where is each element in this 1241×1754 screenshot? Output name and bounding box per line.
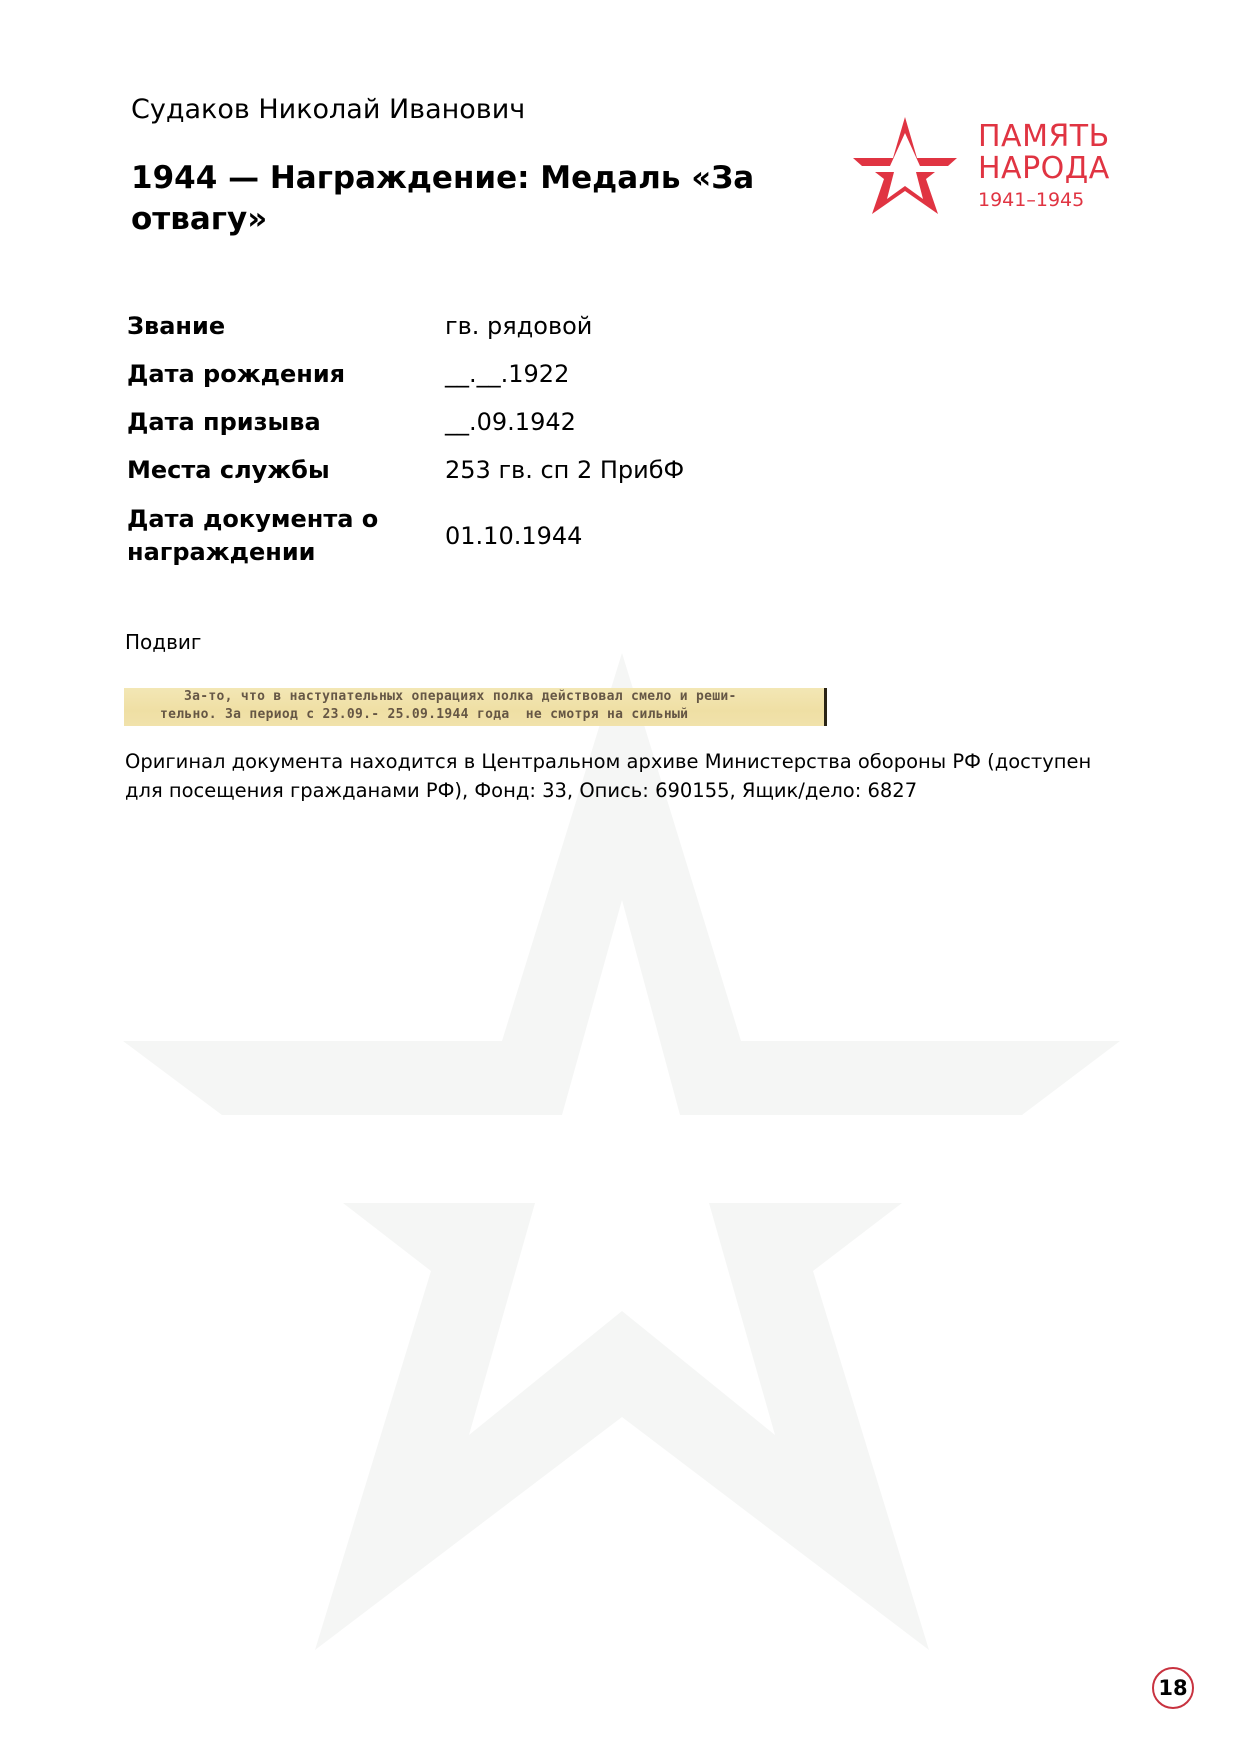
- detail-row-draft-date: Дата призыва __.09.1942: [127, 398, 684, 446]
- detail-row-rank: Звание гв. рядовой: [127, 302, 684, 350]
- award-title: 1944 — Награждение: Медаль «За отвагу»: [131, 158, 771, 240]
- detail-row-service-place: Места службы 253 гв. сп 2 ПрибФ: [127, 446, 684, 494]
- pamyat-naroda-logo[interactable]: ПАМЯТЬ НАРОДА 1941–1945: [853, 113, 1123, 223]
- detail-value: гв. рядовой: [445, 302, 684, 350]
- details-table: Звание гв. рядовой Дата рождения __.__.1…: [127, 302, 684, 578]
- detail-row-award-doc-date: Дата документа о награждении 01.10.1944: [127, 494, 684, 578]
- detail-value: 01.10.1944: [445, 494, 684, 578]
- logo-line1: ПАМЯТЬ: [978, 121, 1110, 153]
- star-watermark-icon: [0, 0, 1241, 1754]
- archive-note: Оригинал документа находится в Центральн…: [125, 747, 1125, 805]
- page-number: 18: [1152, 1667, 1194, 1709]
- detail-label: Дата документа о награждении: [127, 494, 445, 578]
- detail-label: Звание: [127, 302, 445, 350]
- logo-years: 1941–1945: [978, 187, 1110, 213]
- scan-text-line: тельно. За период с 23.09.- 25.09.1944 г…: [160, 707, 688, 722]
- detail-row-birth-date: Дата рождения __.__.1922: [127, 350, 684, 398]
- detail-label: Дата рождения: [127, 350, 445, 398]
- scan-text-line: За-то, что в наступательных операциях по…: [184, 689, 737, 704]
- detail-value: __.09.1942: [445, 398, 684, 446]
- detail-value: 253 гв. сп 2 ПрибФ: [445, 446, 684, 494]
- detail-value: __.__.1922: [445, 350, 684, 398]
- detail-label: Дата призыва: [127, 398, 445, 446]
- logo-line2: НАРОДА: [978, 153, 1110, 185]
- red-star-icon: [853, 113, 957, 217]
- logo-text: ПАМЯТЬ НАРОДА 1941–1945: [978, 121, 1110, 213]
- feat-label: Подвиг: [125, 630, 201, 654]
- feat-document-scan: За-то, что в наступательных операциях по…: [124, 688, 827, 726]
- person-name: Судаков Николай Иванович: [131, 94, 525, 125]
- detail-label: Места службы: [127, 446, 445, 494]
